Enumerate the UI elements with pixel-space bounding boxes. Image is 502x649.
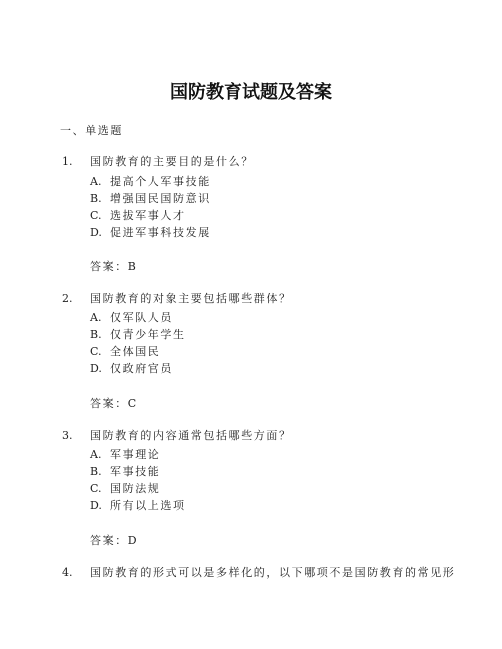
option: A.提高个人军事技能 bbox=[90, 175, 211, 189]
option-text: 增强国民国防意识 bbox=[110, 192, 211, 205]
answer: 答案：C bbox=[90, 397, 138, 411]
option-letter: A. bbox=[90, 448, 110, 462]
option: B.军事技能 bbox=[90, 465, 160, 479]
question-4: 4.国防教育的形式可以是多样化的，以下哪项不是国防教育的常见形 bbox=[62, 566, 455, 580]
option: B.仅青少年学生 bbox=[90, 328, 186, 342]
option: A.仅军队人员 bbox=[90, 311, 173, 325]
question-text: 国防教育的对象主要包括哪些群体？ bbox=[90, 292, 292, 305]
option-letter: B. bbox=[90, 465, 110, 479]
option: D.所有以上选项 bbox=[90, 499, 186, 513]
question-1: 1.国防教育的主要目的是什么？ bbox=[62, 155, 254, 169]
option-text: 军事理论 bbox=[110, 448, 160, 461]
option-text: 全体国民 bbox=[110, 345, 160, 358]
question-number: 4. bbox=[62, 566, 90, 580]
option-text: 仅政府官员 bbox=[110, 362, 173, 375]
answer: 答案：B bbox=[90, 260, 137, 274]
question-number: 3. bbox=[62, 429, 90, 443]
option-letter: C. bbox=[90, 209, 110, 223]
option-letter: B. bbox=[90, 328, 110, 342]
option-text: 选拔军事人才 bbox=[110, 209, 186, 222]
option-letter: D. bbox=[90, 499, 110, 513]
option-text: 军事技能 bbox=[110, 465, 160, 478]
option-text: 仅青少年学生 bbox=[110, 328, 186, 341]
question-text: 国防教育的形式可以是多样化的，以下哪项不是国防教育的常见形 bbox=[90, 566, 455, 579]
option: A.军事理论 bbox=[90, 448, 160, 462]
option-text: 国防法规 bbox=[110, 482, 160, 495]
question-text: 国防教育的内容通常包括哪些方面？ bbox=[90, 429, 292, 442]
section-heading: 一、单选题 bbox=[60, 124, 123, 138]
option-letter: C. bbox=[90, 482, 110, 496]
answer: 答案：D bbox=[90, 534, 138, 548]
option-text: 所有以上选项 bbox=[110, 499, 186, 512]
question-text: 国防教育的主要目的是什么？ bbox=[90, 155, 254, 168]
option: B.增强国民国防意识 bbox=[90, 192, 211, 206]
option-letter: A. bbox=[90, 311, 110, 325]
question-number: 1. bbox=[62, 155, 90, 169]
question-3: 3.国防教育的内容通常包括哪些方面？ bbox=[62, 429, 292, 443]
option-text: 提高个人军事技能 bbox=[110, 175, 211, 188]
option: C.选拔军事人才 bbox=[90, 209, 186, 223]
page-title: 国防教育试题及答案 bbox=[0, 78, 502, 104]
option-letter: C. bbox=[90, 345, 110, 359]
question-2: 2.国防教育的对象主要包括哪些群体？ bbox=[62, 292, 292, 306]
option-letter: B. bbox=[90, 192, 110, 206]
option-letter: A. bbox=[90, 175, 110, 189]
option: D.促进军事科技发展 bbox=[90, 226, 211, 240]
option: C.国防法规 bbox=[90, 482, 160, 496]
question-number: 2. bbox=[62, 292, 90, 306]
option-text: 仅军队人员 bbox=[110, 311, 173, 324]
option-letter: D. bbox=[90, 362, 110, 376]
option-letter: D. bbox=[90, 226, 110, 240]
option: D.仅政府官员 bbox=[90, 362, 173, 376]
option-text: 促进军事科技发展 bbox=[110, 226, 211, 239]
option: C.全体国民 bbox=[90, 345, 160, 359]
document-page: 国防教育试题及答案 一、单选题 1.国防教育的主要目的是什么？ A.提高个人军事… bbox=[0, 0, 502, 649]
